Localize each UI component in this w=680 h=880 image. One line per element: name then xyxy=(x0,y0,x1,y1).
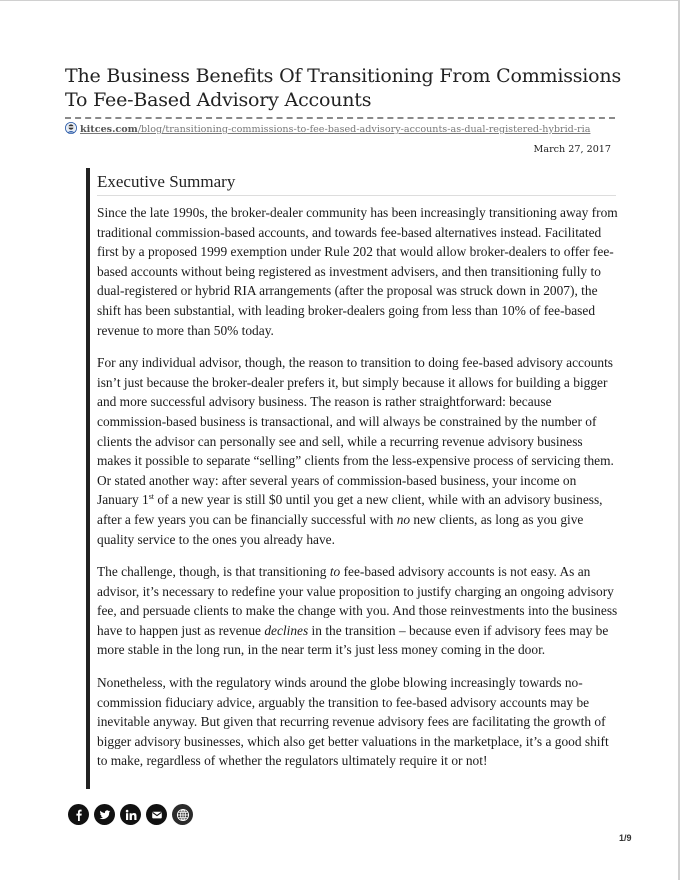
linkedin-share-button[interactable] xyxy=(120,804,141,825)
section-heading: Executive Summary xyxy=(97,172,235,192)
kitces-avatar-icon xyxy=(65,122,77,134)
website-link-button[interactable] xyxy=(172,804,193,825)
paragraph: The challenge, though, is that transitio… xyxy=(97,562,619,660)
facebook-icon xyxy=(73,809,85,821)
article-title: The Business Benefits Of Transitioning F… xyxy=(65,64,625,112)
paragraph: For any individual advisor, though, the … xyxy=(97,353,619,549)
twitter-icon xyxy=(99,809,111,821)
email-share-button[interactable] xyxy=(146,804,167,825)
title-divider xyxy=(65,117,615,119)
source-line: kitces.com/blog/transitioning-commission… xyxy=(65,122,590,136)
summary-body: Since the late 1990s, the broker-dealer … xyxy=(97,203,619,784)
executive-summary-block: Executive Summary Since the late 1990s, … xyxy=(86,168,617,789)
paragraph: Since the late 1990s, the broker-dealer … xyxy=(97,203,619,340)
twitter-share-button[interactable] xyxy=(94,804,115,825)
page-number: 1/9 xyxy=(619,833,632,843)
source-link[interactable]: kitces.com/blog/transitioning-commission… xyxy=(80,124,590,135)
paragraph: Nonetheless, with the regulatory winds a… xyxy=(97,673,619,771)
section-divider xyxy=(97,195,616,196)
globe-icon xyxy=(176,808,190,822)
document-page: The Business Benefits Of Transitioning F… xyxy=(0,0,680,880)
facebook-share-button[interactable] xyxy=(68,804,89,825)
social-share-bar xyxy=(68,804,193,826)
email-icon xyxy=(151,809,163,821)
linkedin-icon xyxy=(125,809,137,821)
publish-date: March 27, 2017 xyxy=(534,143,611,157)
